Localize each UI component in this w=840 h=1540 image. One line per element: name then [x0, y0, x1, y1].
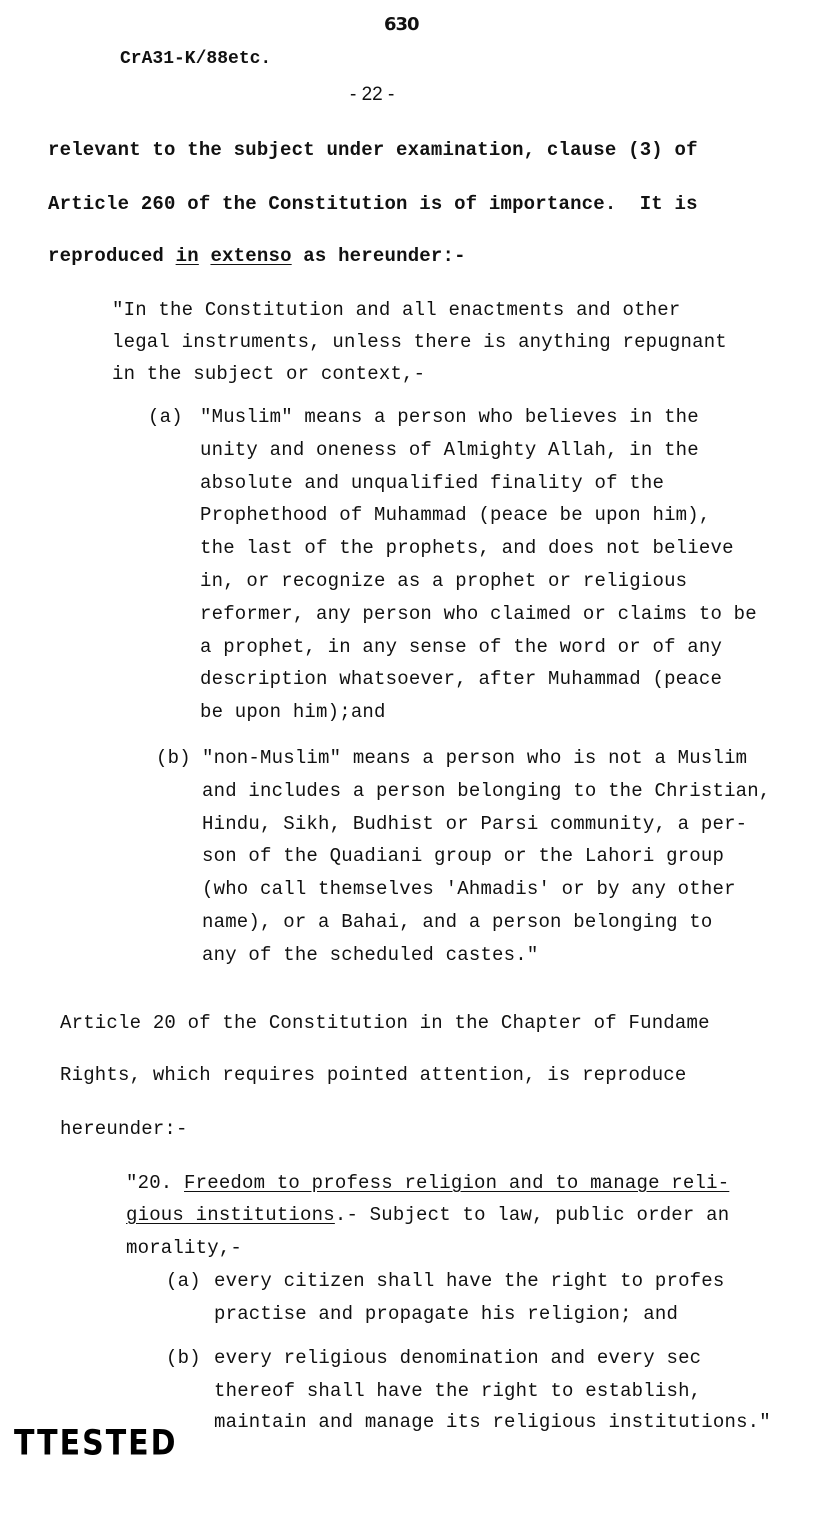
- intro-line-1: relevant to the subject under examinatio…: [48, 139, 698, 161]
- art20-clause-a-marker: (a): [166, 1270, 201, 1292]
- article20-line-3: hereunder:-: [60, 1118, 188, 1140]
- clauseB-line: "non-Muslim" means a person who is not a…: [202, 747, 747, 769]
- art20-clause-b-marker: (b): [166, 1347, 201, 1369]
- quote260-preamble-3: in the subject or context,-: [112, 363, 425, 385]
- attested-stamp: TTESTED: [14, 1423, 178, 1463]
- article20-heading-line-2: gious institutions.- Subject to law, pub…: [126, 1204, 729, 1226]
- article20-heading-cont: gious institutions: [126, 1204, 335, 1226]
- clauseA-line: Prophethood of Muhammad (peace be upon h…: [200, 504, 710, 526]
- stamp-page-number: 630: [384, 14, 419, 35]
- clauseB-line: any of the scheduled castes.": [202, 944, 538, 966]
- intro-line-3: reproduced in extenso as hereunder:-: [48, 245, 466, 267]
- clauseA-line: absolute and unqualified finality of the: [200, 472, 664, 494]
- page-number: - 22 -: [350, 84, 394, 106]
- clauseB-line: name), or a Bahai, and a person belongin…: [202, 911, 712, 933]
- case-reference: CrA31-K/88etc.: [120, 49, 271, 69]
- clauseA-line: unity and oneness of Almighty Allah, in …: [200, 439, 699, 461]
- article20-after-heading: .- Subject to law, public order an: [335, 1204, 729, 1226]
- clauseB-line: son of the Quadiani group or the Lahori …: [202, 845, 724, 867]
- quote260-preamble-1: "In the Constitution and all enactments …: [112, 299, 681, 321]
- clauseB-line: (who call themselves 'Ahmadis' or by any…: [202, 878, 736, 900]
- article20-heading: Freedom to profess religion and to manag…: [184, 1172, 729, 1194]
- article20-line-1: Article 20 of the Constitution in the Ch…: [60, 1012, 710, 1034]
- intro-line-3-prefix: reproduced: [48, 245, 176, 267]
- clauseA-line: the last of the prophets, and does not b…: [200, 537, 734, 559]
- clauseB-line: and includes a person belonging to the C…: [202, 780, 771, 802]
- clauseA-line: "Muslim" means a person who believes in …: [200, 406, 699, 428]
- clauseA-line: a prophet, in any sense of the word or o…: [200, 636, 722, 658]
- emphasis-extenso: extenso: [210, 245, 291, 267]
- clause-b-marker: (b): [156, 747, 191, 769]
- art20-clause-a-line-2: practise and propagate his religion; and: [214, 1303, 678, 1325]
- clauseA-line: be upon him);and: [200, 701, 386, 723]
- clauseA-line: reformer, any person who claimed or clai…: [200, 603, 757, 625]
- intro-line-3-suffix: as hereunder:-: [292, 245, 466, 267]
- space: [199, 245, 211, 267]
- art20-clause-b-line-2: thereof shall have the right to establis…: [214, 1380, 701, 1402]
- quote260-preamble-2: legal instruments, unless there is anyth…: [112, 331, 727, 353]
- clauseA-line: in, or recognize as a prophet or religio…: [200, 570, 687, 592]
- article20-number: "20.: [126, 1172, 184, 1194]
- article20-line-2: Rights, which requires pointed attention…: [60, 1064, 687, 1086]
- art20-clause-a-line-1: every citizen shall have the right to pr…: [214, 1270, 724, 1292]
- article20-heading-line-1: "20. Freedom to profess religion and to …: [126, 1172, 729, 1194]
- emphasis-in: in: [176, 245, 199, 267]
- article20-line-morality: morality,-: [126, 1237, 242, 1259]
- art20-clause-b-line-1: every religious denomination and every s…: [214, 1347, 701, 1369]
- clauseA-line: description whatsoever, after Muhammad (…: [200, 668, 722, 690]
- art20-clause-b-line-3: maintain and manage its religious instit…: [214, 1411, 771, 1433]
- intro-line-2: Article 260 of the Constitution is of im…: [48, 193, 698, 215]
- clause-a-marker: (a): [148, 406, 183, 428]
- clauseB-line: Hindu, Sikh, Budhist or Parsi community,…: [202, 813, 747, 835]
